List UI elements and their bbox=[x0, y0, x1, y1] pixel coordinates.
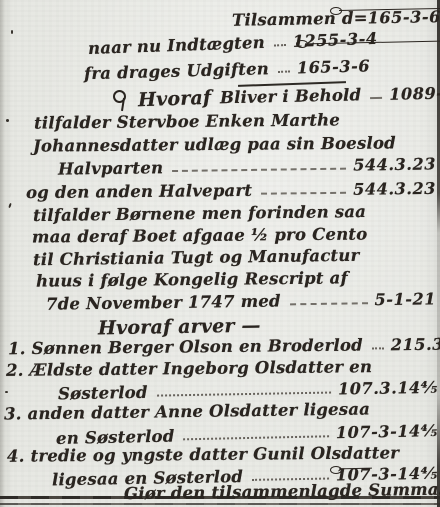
line-tugthuus-2: huus i følge Kongelig Rescript af bbox=[36, 268, 348, 290]
line-sum-carried: Tilsammen d= 165-3-6 bbox=[232, 7, 435, 30]
amount: 544.3.23 bbox=[353, 179, 436, 199]
line-children-2: maa deraf Boet afgaae ½ pro Cento bbox=[32, 225, 368, 247]
line-text: Giør den tilsammenlagde Summa bbox=[124, 480, 439, 503]
line-text: 3. anden datter Anne Olsdatter ligesaa bbox=[4, 399, 370, 423]
heir-entry-1: 1. Sønnen Berger Olson en Broderlod 215.… bbox=[8, 335, 436, 358]
line-text: naar nu Indtægten bbox=[88, 33, 265, 58]
dotted-leader bbox=[274, 44, 286, 46]
ink-speck bbox=[8, 203, 12, 208]
line-tugthuus-1: til Christiania Tugt og Manufactur bbox=[33, 246, 360, 270]
line-widow-half: Halvparten 544.3.23 bbox=[58, 154, 436, 178]
line-text: huus i følge Kongelig Rescript af bbox=[36, 268, 348, 290]
line-text: Halvparten bbox=[58, 158, 163, 178]
heir-entry-3-line-1: 3. anden datter Anne Olsdatter ligesaa bbox=[4, 399, 370, 423]
dotted-leader bbox=[157, 392, 331, 397]
line-text: Hvoraf bbox=[138, 87, 212, 112]
line-widow-2: Johannesdatter udlæg paa sin Boeslod bbox=[33, 133, 396, 155]
heir-entry-2-line-1: 2. Ældste datter Ingeborg Olsdatter en bbox=[6, 357, 372, 380]
amount: 215.3.5⅗ bbox=[391, 334, 440, 354]
line-text: til Christiania Tugt og Manufactur bbox=[33, 246, 360, 270]
amount: 5-1-21 bbox=[374, 289, 436, 309]
line-text: maa deraf Boet afgaae ½ pro Cento bbox=[32, 225, 368, 247]
amount: 1089-3-22 bbox=[389, 83, 440, 104]
line-text: 7de November 1747 med bbox=[46, 291, 281, 313]
amount: 165-3-6 bbox=[297, 56, 371, 77]
heir-entry-2-line-2: Søsterlod 107.3.14⅘ bbox=[58, 378, 438, 404]
line-text: 4. tredie og yngste datter Gunil Olsdatt… bbox=[7, 443, 399, 465]
line-other-half: og den anden Halvepart 544.3.23 bbox=[26, 179, 436, 202]
line-text: Søsterlod bbox=[58, 383, 148, 404]
heading-heirs: Hvoraf arver — bbox=[98, 315, 261, 340]
bottom-rule-2 bbox=[0, 503, 440, 505]
line-total-summa: Giør den tilsammenlagde Summa 539-2-2 bbox=[124, 480, 436, 503]
dash-leader bbox=[370, 97, 382, 99]
line-text: og den anden Halvepart bbox=[26, 181, 252, 202]
amount: 1255-3-4 bbox=[292, 29, 378, 51]
page-left-shadow bbox=[0, 0, 5, 507]
dash-leader bbox=[261, 192, 346, 195]
line-text: fra drages Udgiften bbox=[84, 59, 269, 83]
manuscript-page: Tilsammen d= 165-3-6 naar nu Indtægten 1… bbox=[0, 0, 440, 507]
line-text: tilfalder Stervboe Enken Marthe bbox=[34, 110, 340, 132]
word-hvoraf: Hvoraf bbox=[138, 87, 212, 112]
line-text: tilfalder Børnene men forinden saa bbox=[33, 202, 366, 225]
line-text: Tilsammen d= bbox=[232, 8, 368, 29]
ink-speck bbox=[6, 119, 9, 122]
line-widow-1: tilfalder Stervboe Enken Marthe bbox=[34, 110, 340, 132]
line-expenses: fra drages Udgiften 165-3-6 bbox=[84, 58, 318, 84]
line-income: naar nu Indtægten 1255-3-4 bbox=[88, 31, 317, 58]
line-rescript-1747: 7de November 1747 med 5-1-21 bbox=[46, 289, 436, 313]
dash-leader bbox=[290, 302, 368, 305]
line-text: Johannesdatter udlæg paa sin Boeslod bbox=[33, 133, 396, 155]
amount: 107-3-14⅘ bbox=[336, 421, 438, 442]
amount: 107.3.14⅘ bbox=[338, 378, 438, 399]
line-text: Bliver i Behold bbox=[220, 85, 362, 107]
line-text: 1. Sønnen Berger Olson en Broderlod bbox=[8, 336, 363, 359]
dotted-leader bbox=[184, 435, 329, 440]
amount: 544.3.23 bbox=[353, 154, 436, 174]
dotted-leader bbox=[372, 347, 384, 349]
line-text: Hvoraf arver — bbox=[98, 315, 261, 340]
dash-leader bbox=[172, 168, 346, 172]
line-text: 2. Ældste datter Ingeborg Olsdatter en bbox=[6, 357, 372, 380]
ink-speck bbox=[5, 391, 8, 393]
heir-entry-4-line-1: 4. tredie og yngste datter Gunil Olsdatt… bbox=[7, 443, 399, 465]
line-children-1: tilfalder Børnene men forinden saa bbox=[33, 202, 366, 225]
dotted-leader bbox=[278, 71, 290, 73]
dotted-leader bbox=[252, 478, 329, 481]
line-remainder: Bliver i Behold 1089-3-22 bbox=[220, 84, 437, 108]
hvoraf-swash bbox=[113, 90, 127, 114]
amount: 165-3-6 bbox=[368, 7, 440, 27]
ink-speck bbox=[11, 30, 13, 34]
